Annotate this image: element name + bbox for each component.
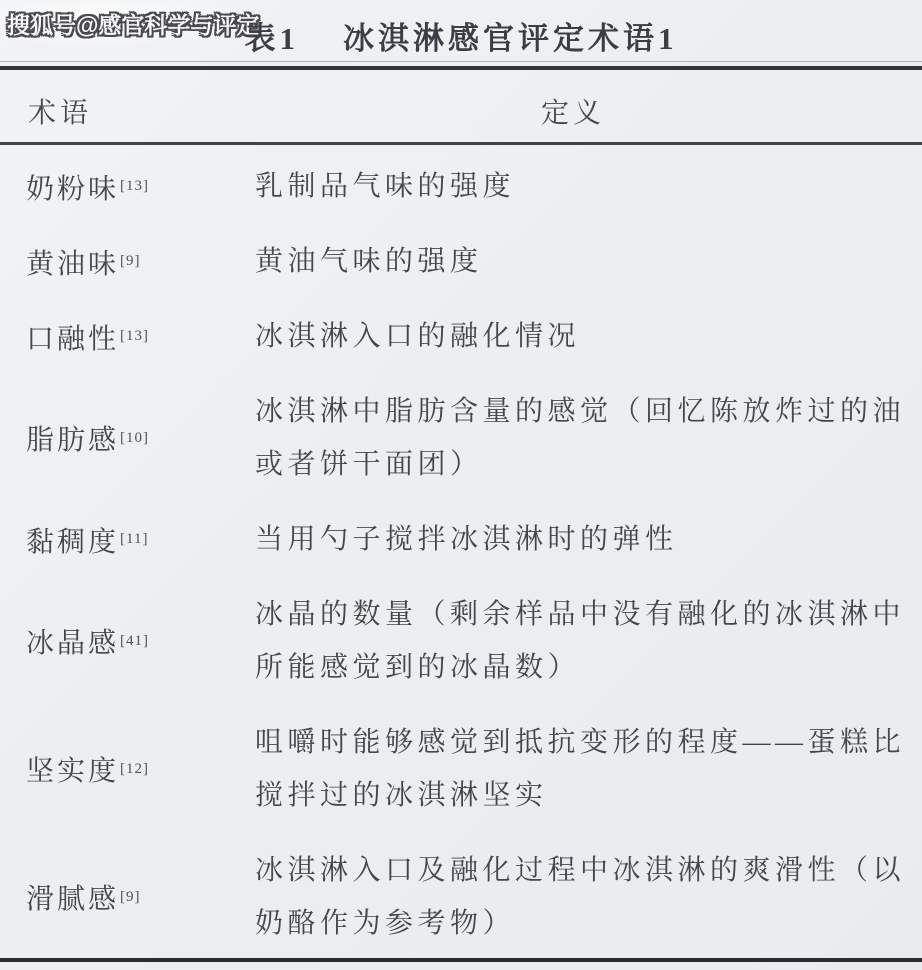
table-row: 坚实度[12] 咀嚼时能够感觉到抵抗变形的程度——蛋糕比搅拌过的冰淇淋坚实 bbox=[0, 716, 922, 822]
top-rule bbox=[0, 66, 922, 70]
table-row: 黏稠度[11] 当用勺子搅拌冰淇淋时的弹性 bbox=[0, 513, 922, 566]
table-row: 奶粉味[13] 乳制品气味的强度 bbox=[0, 160, 922, 213]
definition-cell: 冰淇淋中脂肪含量的感觉（回忆陈放炸过的油或者饼干面团） bbox=[255, 385, 907, 491]
reference-superscript: [12] bbox=[120, 761, 149, 778]
term-cell: 滑腻感[9] bbox=[0, 844, 255, 950]
table-row: 脂肪感[10] 冰淇淋中脂肪含量的感觉（回忆陈放炸过的油或者饼干面团） bbox=[0, 385, 922, 491]
table-row: 冰晶感[41] 冰晶的数量（剩余样品中没有融化的冰淇淋中所能感觉到的冰晶数） bbox=[0, 588, 922, 694]
term-label: 坚实度 bbox=[26, 749, 119, 789]
definition-cell: 冰晶的数量（剩余样品中没有融化的冰淇淋中所能感觉到的冰晶数） bbox=[255, 588, 907, 694]
reference-superscript: [10] bbox=[120, 430, 149, 447]
top-rule-shadow bbox=[0, 61, 922, 62]
term-cell: 黄油味[9] bbox=[0, 235, 255, 288]
definition-cell: 冰淇淋入口的融化情况 bbox=[255, 310, 907, 363]
reference-superscript: [13] bbox=[120, 328, 149, 345]
term-label: 滑腻感 bbox=[26, 877, 119, 917]
reference-superscript: [9] bbox=[120, 889, 141, 906]
term-label: 脂肪感 bbox=[26, 418, 119, 458]
definition-cell: 当用勺子搅拌冰淇淋时的弹性 bbox=[255, 513, 907, 566]
reference-superscript: [9] bbox=[120, 253, 141, 270]
table-row: 黄油味[9] 黄油气味的强度 bbox=[0, 235, 922, 288]
table-title: 表1冰淇淋感官评定术语1 bbox=[0, 13, 922, 58]
term-cell: 奶粉味[13] bbox=[0, 160, 255, 213]
header-rule bbox=[0, 142, 922, 145]
term-label: 黄油味 bbox=[26, 242, 119, 282]
term-label: 黏稠度 bbox=[26, 520, 119, 560]
term-cell: 坚实度[12] bbox=[0, 716, 255, 822]
term-cell: 脂肪感[10] bbox=[0, 385, 255, 491]
reference-superscript: [11] bbox=[120, 531, 148, 548]
term-label: 奶粉味 bbox=[26, 167, 119, 207]
definition-cell: 乳制品气味的强度 bbox=[255, 160, 907, 213]
definition-cell: 黄油气味的强度 bbox=[255, 235, 907, 288]
term-label: 冰晶感 bbox=[26, 621, 119, 661]
table-row: 口融性[13] 冰淇淋入口的融化情况 bbox=[0, 310, 922, 363]
table-row: 滑腻感[9] 冰淇淋入口及融化过程中冰淇淋的爽滑性（以奶酪作为参考物） bbox=[0, 844, 922, 950]
reference-superscript: [13] bbox=[120, 178, 149, 195]
table-body: 奶粉味[13] 乳制品气味的强度 黄油味[9] 黄油气味的强度 口融性[13] … bbox=[0, 160, 922, 970]
scanned-table-page: 搜狐号@感官科学与评定 表1冰淇淋感官评定术语1 术语 定义 奶粉味[13] 乳… bbox=[0, 0, 922, 970]
term-cell: 黏稠度[11] bbox=[0, 513, 255, 566]
table-caption: 冰淇淋感官评定术语1 bbox=[343, 21, 678, 56]
bottom-rule bbox=[0, 958, 922, 962]
reference-superscript: [41] bbox=[120, 633, 149, 650]
term-cell: 冰晶感[41] bbox=[0, 588, 255, 694]
definition-cell: 冰淇淋入口及融化过程中冰淇淋的爽滑性（以奶酪作为参考物） bbox=[255, 844, 907, 950]
table-number-label: 表1 bbox=[245, 21, 300, 56]
definition-cell: 咀嚼时能够感觉到抵抗变形的程度——蛋糕比搅拌过的冰淇淋坚实 bbox=[255, 716, 907, 822]
header-definition: 定义 bbox=[541, 91, 605, 131]
term-cell: 口融性[13] bbox=[0, 310, 255, 363]
term-label: 口融性 bbox=[26, 317, 119, 357]
header-term: 术语 bbox=[28, 91, 92, 131]
